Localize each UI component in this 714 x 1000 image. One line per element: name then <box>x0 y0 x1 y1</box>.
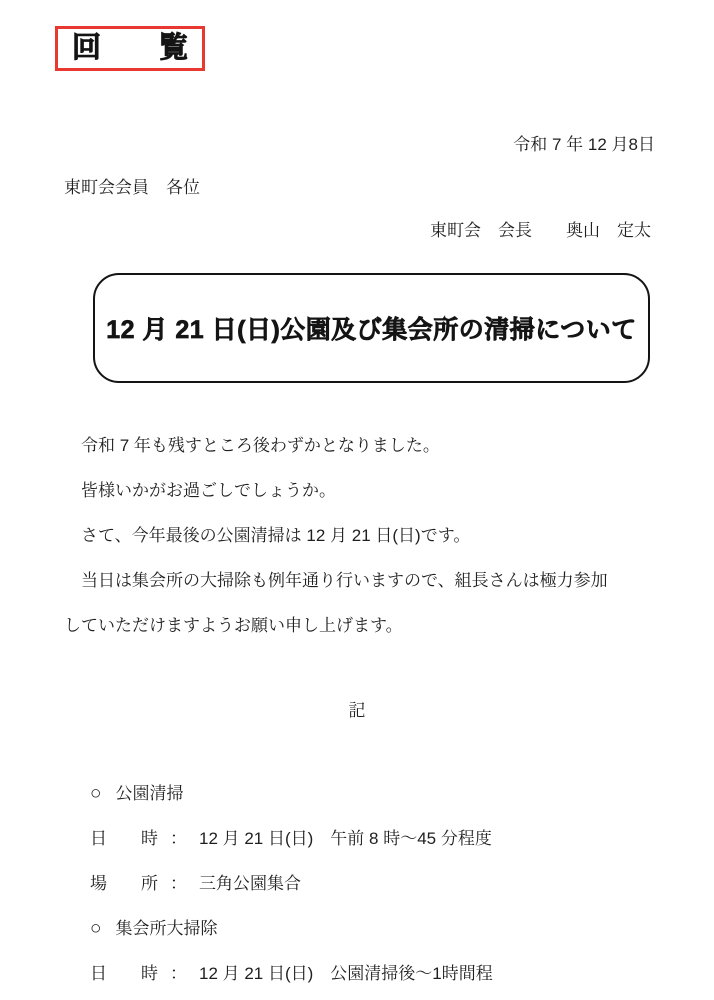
kairan-stamp-label: 回 覧 <box>72 34 188 63</box>
title-box: 12 月 21 日(日)公園及び集会所の清掃について <box>93 273 650 383</box>
issue-date: 令和 7 年 12 月8日 <box>513 130 655 155</box>
schedule-row-separator: ： <box>170 861 187 906</box>
schedule-row-label: 場 所 <box>90 861 158 906</box>
schedule-row-separator: ： <box>170 951 187 996</box>
schedule-row-label: 日 時 <box>90 951 158 996</box>
schedule-section-title: 集会所大掃除 <box>115 906 217 951</box>
circle-bullet-icon: ○ <box>90 771 101 816</box>
body-text: 令和 7 年も残すところ後わずかとなりました。 皆様いかがお過ごしでしょうか。 … <box>64 423 664 648</box>
circle-bullet-icon: ○ <box>90 906 101 951</box>
note-marker: 記 <box>0 696 714 721</box>
kairan-stamp-box: 回 覧 <box>55 26 205 71</box>
document-title: 12 月 21 日(日)公園及び集会所の清掃について <box>106 310 637 346</box>
schedule-row-value: 三角公園集合 <box>199 861 301 906</box>
schedule-row-value: 12 月 21 日(日) 公園清掃後〜1時間程 <box>199 951 493 996</box>
document-page: 回 覧 令和 7 年 12 月8日 東町会会員 各位 東町会 会長 奥山 定太 … <box>0 0 714 1000</box>
schedule-row-datetime: 日 時 ： 12 月 21 日(日) 公園清掃後〜1時間程 <box>90 951 670 996</box>
schedule-list: ○ 公園清掃 日 時 ： 12 月 21 日(日) 午前 8 時〜45 分程度 … <box>90 771 670 996</box>
schedule-section-heading: ○ 集会所大掃除 <box>90 906 670 951</box>
schedule-row-label: 日 時 <box>90 816 158 861</box>
schedule-row-place: 場 所 ： 三角公園集合 <box>90 861 670 906</box>
schedule-section-heading: ○ 公園清掃 <box>90 771 670 816</box>
schedule-row-value: 12 月 21 日(日) 午前 8 時〜45 分程度 <box>199 816 492 861</box>
body-line: 当日は集会所の大掃除も例年通り行いますので、組長さんは極力参加 <box>64 558 664 603</box>
sender-line: 東町会 会長 奥山 定太 <box>430 216 651 241</box>
body-line: さて、今年最後の公園清掃は 12 月 21 日(日)です。 <box>64 513 664 558</box>
body-line: 皆様いかがお過ごしでしょうか。 <box>64 468 664 513</box>
schedule-section-title: 公園清掃 <box>115 771 183 816</box>
body-line: 令和 7 年も残すところ後わずかとなりました。 <box>64 423 664 468</box>
body-line: していただけますようお願い申し上げます。 <box>64 603 664 648</box>
schedule-row-datetime: 日 時 ： 12 月 21 日(日) 午前 8 時〜45 分程度 <box>90 816 670 861</box>
schedule-row-separator: ： <box>170 816 187 861</box>
addressee-line: 東町会会員 各位 <box>64 173 200 198</box>
